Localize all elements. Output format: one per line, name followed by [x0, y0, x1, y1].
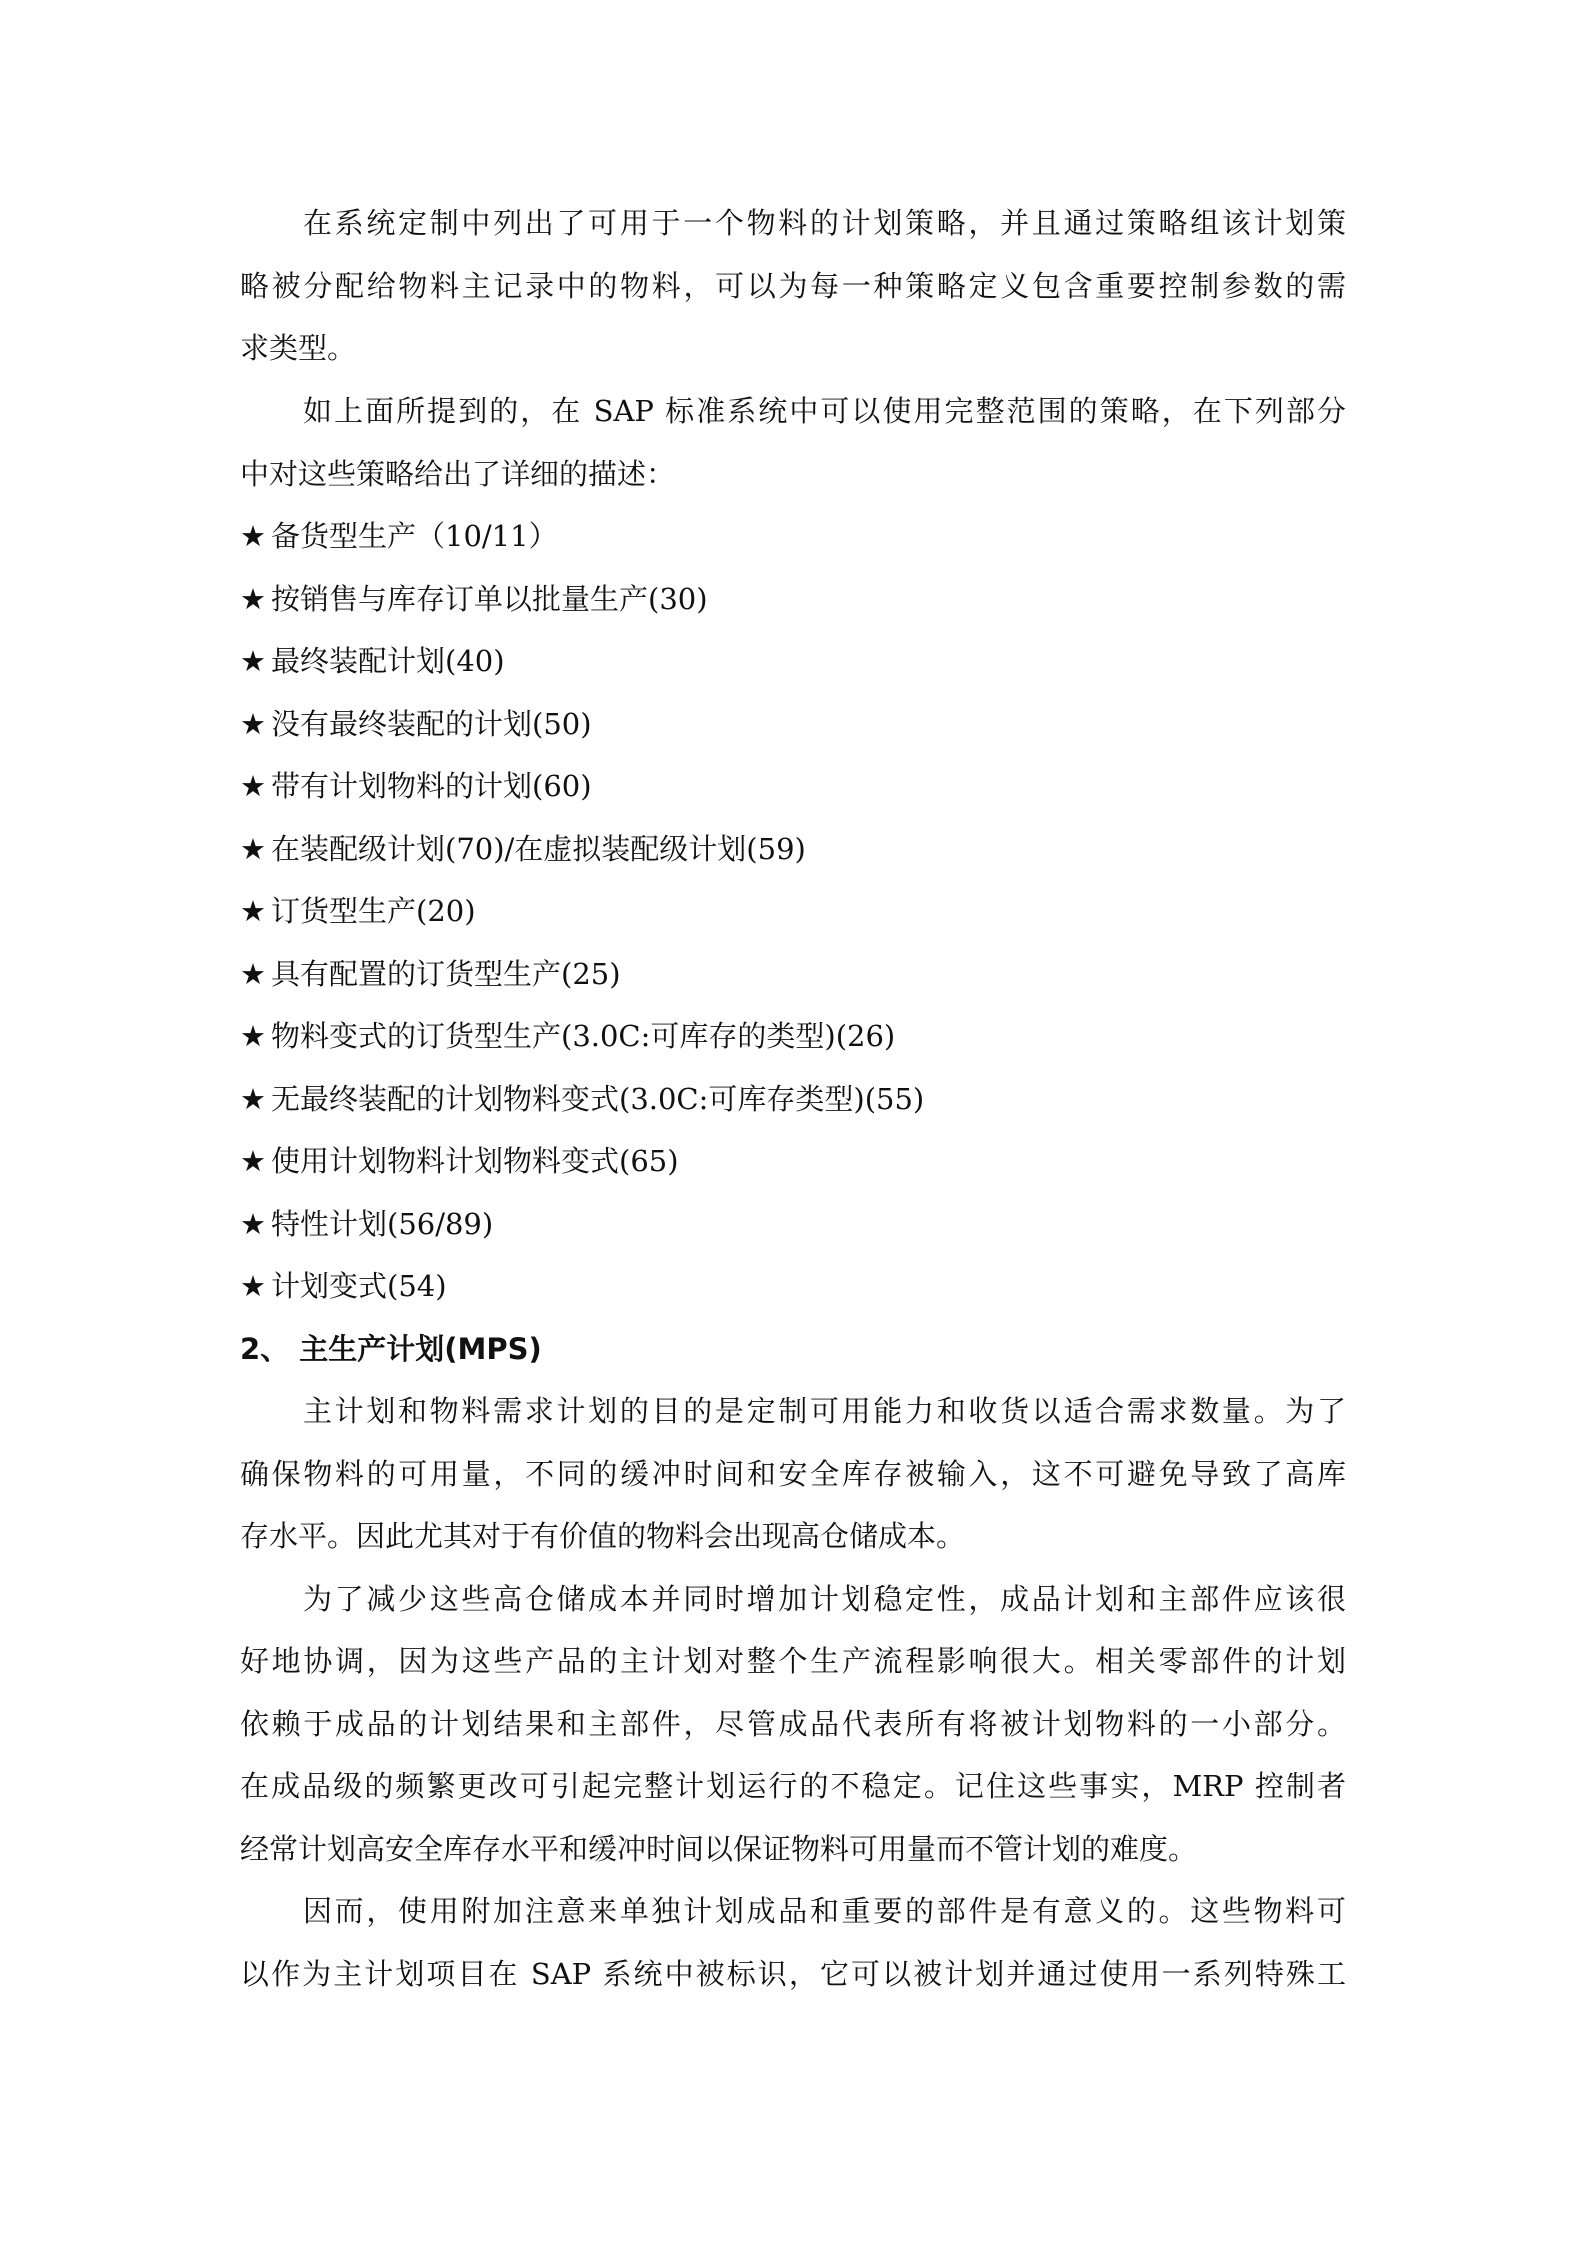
- paragraph-5-line-1: 因而，使用附加注意来单独计划成品和重要的部件是有意义的。这些物料可: [303, 1891, 1346, 1931]
- strategy-list-item: ★订货型生产(20): [240, 891, 1346, 931]
- paragraph-3-line-3: 存水平。因此尤其对于有价值的物料会出现高仓储成本。: [240, 1516, 1346, 1556]
- strategy-list-item: ★计划变式(54): [240, 1266, 1346, 1306]
- strategy-list-item: ★物料变式的订货型生产(3.0C:可库存的类型)(26): [240, 1016, 1346, 1056]
- paragraph-4-line-5: 经常计划高安全库存水平和缓冲时间以保证物料可用量而不管计划的难度。: [240, 1829, 1346, 1869]
- star-bullet-icon: ★: [240, 641, 271, 681]
- paragraph-4-line-4: 在成品级的频繁更改可引起完整计划运行的不稳定。记住这些事实，MRP 控制者: [240, 1766, 1346, 1806]
- strategy-label: 备货型生产（10/11）: [271, 519, 558, 553]
- paragraph-1-line-2: 略被分配给物料主记录中的物料，可以为每一种策略定义包含重要控制参数的需: [240, 266, 1346, 306]
- paragraph-3-line-2: 确保物料的可用量，不同的缓冲时间和安全库存被输入，这不可避免导致了高库: [240, 1454, 1346, 1494]
- paragraph-1-line-1: 在系统定制中列出了可用于一个物料的计划策略，并且通过策略组该计划策: [303, 203, 1346, 243]
- strategy-label: 使用计划物料计划物料变式(65): [271, 1144, 679, 1178]
- strategy-label: 在装配级计划(70)/在虚拟装配级计划(59): [271, 832, 806, 866]
- strategy-label: 特性计划(56/89): [271, 1207, 493, 1241]
- star-bullet-icon: ★: [240, 766, 271, 806]
- section-heading: 2、 主生产计划(MPS): [240, 1329, 1346, 1369]
- strategy-list-item: ★特性计划(56/89): [240, 1204, 1346, 1244]
- strategy-label: 订货型生产(20): [271, 894, 476, 928]
- paragraph-4-line-3: 依赖于成品的计划结果和主部件，尽管成品代表所有将被计划物料的一小部分。: [240, 1704, 1346, 1744]
- paragraph-2-line-2: 中对这些策略给出了详细的描述：: [240, 454, 1346, 494]
- strategy-list-item: ★没有最终装配的计划(50): [240, 704, 1346, 744]
- strategy-label: 物料变式的订货型生产(3.0C:可库存的类型)(26): [271, 1019, 895, 1053]
- paragraph-1-line-3: 求类型。: [240, 328, 1346, 368]
- star-bullet-icon: ★: [240, 1204, 271, 1244]
- star-bullet-icon: ★: [240, 704, 271, 744]
- strategy-label: 带有计划物料的计划(60): [271, 769, 592, 803]
- strategy-list-item: ★备货型生产（10/11）: [240, 516, 1346, 556]
- star-bullet-icon: ★: [240, 829, 271, 869]
- star-bullet-icon: ★: [240, 579, 271, 619]
- document-page: 在系统定制中列出了可用于一个物料的计划策略，并且通过策略组该计划策 略被分配给物…: [0, 0, 1585, 2244]
- paragraph-5-line-2: 以作为主计划项目在 SAP 系统中被标识，它可以被计划并通过使用一系列特殊工: [240, 1954, 1346, 1994]
- strategy-label: 最终装配计划(40): [271, 644, 505, 678]
- strategy-list-item: ★在装配级计划(70)/在虚拟装配级计划(59): [240, 829, 1346, 869]
- paragraph-4-line-2: 好地协调，因为这些产品的主计划对整个生产流程影响很大。相关零部件的计划: [240, 1641, 1346, 1681]
- star-bullet-icon: ★: [240, 516, 271, 556]
- strategy-label: 计划变式(54): [271, 1269, 447, 1303]
- strategy-list-item: ★无最终装配的计划物料变式(3.0C:可库存类型)(55): [240, 1079, 1346, 1119]
- star-bullet-icon: ★: [240, 1079, 271, 1119]
- paragraph-3-line-1: 主计划和物料需求计划的目的是定制可用能力和收货以适合需求数量。为了: [303, 1391, 1346, 1431]
- star-bullet-icon: ★: [240, 1016, 271, 1056]
- strategy-label: 具有配置的订货型生产(25): [271, 957, 621, 991]
- strategy-label: 无最终装配的计划物料变式(3.0C:可库存类型)(55): [271, 1082, 924, 1116]
- star-bullet-icon: ★: [240, 954, 271, 994]
- strategy-label: 没有最终装配的计划(50): [271, 707, 592, 741]
- star-bullet-icon: ★: [240, 1266, 271, 1306]
- strategy-list-item: ★按销售与库存订单以批量生产(30): [240, 579, 1346, 619]
- strategy-list-item: ★最终装配计划(40): [240, 641, 1346, 681]
- strategy-label: 按销售与库存订单以批量生产(30): [271, 582, 708, 616]
- strategy-list-item: ★具有配置的订货型生产(25): [240, 954, 1346, 994]
- star-bullet-icon: ★: [240, 891, 271, 931]
- paragraph-2-line-1: 如上面所提到的，在 SAP 标准系统中可以使用完整范围的策略，在下列部分: [303, 391, 1346, 431]
- strategy-list-item: ★使用计划物料计划物料变式(65): [240, 1141, 1346, 1181]
- strategy-list-item: ★带有计划物料的计划(60): [240, 766, 1346, 806]
- paragraph-4-line-1: 为了减少这些高仓储成本并同时增加计划稳定性，成品计划和主部件应该很: [303, 1579, 1346, 1619]
- star-bullet-icon: ★: [240, 1141, 271, 1181]
